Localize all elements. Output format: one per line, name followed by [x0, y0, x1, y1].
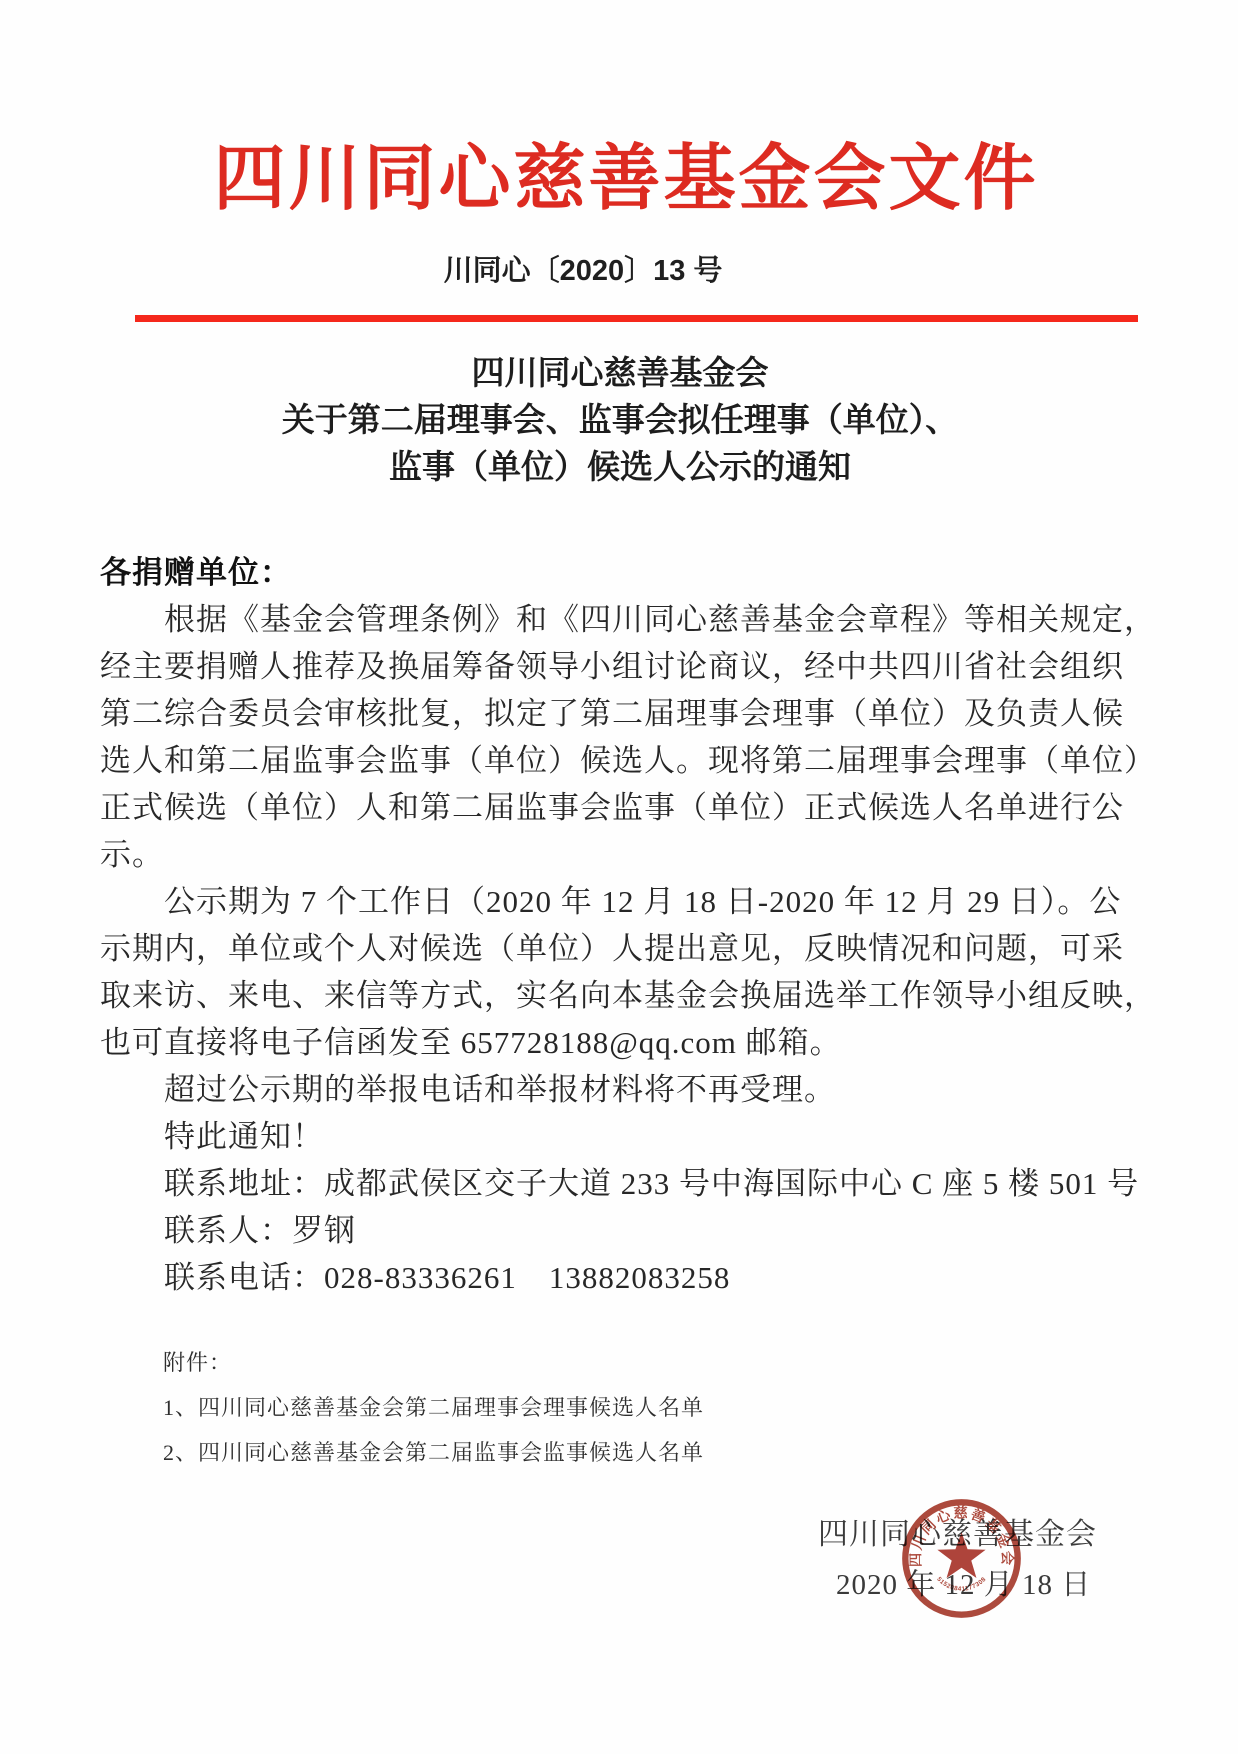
- scanned-document-page: 四川同心慈善基金会文件 川同心〔2020〕13 号 四川同心慈善基金会 关于第二…: [0, 0, 1238, 1754]
- body-line: 特此通知！: [100, 1113, 1142, 1160]
- body-line: 示期内，单位或个人对候选（单位）人提出意见，反映情况和问题，可采: [100, 925, 1142, 972]
- body-line: 超过公示期的举报电话和举报材料将不再受理。: [100, 1066, 1142, 1113]
- notice-title: 四川同心慈善基金会 关于第二届理事会、监事会拟任理事（单位）、 监事（单位）候选…: [100, 349, 1140, 490]
- notice-title-line-2: 关于第二届理事会、监事会拟任理事（单位）、: [100, 396, 1140, 443]
- red-divider-line: [135, 315, 1138, 322]
- notice-title-line-3: 监事（单位）候选人公示的通知: [100, 443, 1140, 490]
- body-line: 联系电话：028-83336261 13882083258: [100, 1254, 1142, 1301]
- body-line: 选人和第二届监事会监事（单位）候选人。现将第二届理事会理事（单位）: [100, 737, 1142, 784]
- body-line: 联系人：罗钢: [100, 1207, 1142, 1254]
- body-line: 也可直接将电子信函发至 657728188@qq.com 邮箱。: [100, 1019, 1142, 1066]
- notice-title-line-1: 四川同心慈善基金会: [100, 349, 1140, 396]
- body-line: 正式候选（单位）人和第二届监事会监事（单位）正式候选人名单进行公: [100, 784, 1142, 831]
- salutation: 各捐赠单位：: [100, 549, 1142, 596]
- official-seal: 四川同心慈善基金会 51520841177308: [898, 1495, 1025, 1622]
- notice-body: 各捐赠单位： 根据《基金会管理条例》和《四川同心慈善基金会章程》等相关规定， 经…: [100, 549, 1142, 1301]
- attachment-item: 2、四川同心慈善基金会第二届监事会监事候选人名单: [163, 1430, 863, 1475]
- attachments-label: 附件：: [163, 1340, 863, 1385]
- doc-number: 川同心〔2020〕13 号: [103, 252, 1063, 290]
- body-line: 经主要捐赠人推荐及换届筹备领导小组讨论商议，经中共四川省社会组织: [100, 643, 1142, 690]
- attachments-section: 附件： 1、四川同心慈善基金会第二届理事会理事候选人名单 2、四川同心慈善基金会…: [163, 1340, 863, 1475]
- body-line: 示。: [100, 831, 1142, 878]
- seal-code: 51520841177308: [935, 1576, 987, 1593]
- body-line: 取来访、来电、来信等方式，实名向本基金会换届选举工作领导小组反映，: [100, 972, 1142, 1019]
- seal-star: [937, 1532, 985, 1578]
- body-line: 公示期为 7 个工作日（2020 年 12 月 18 日-2020 年 12 月…: [100, 878, 1142, 925]
- body-line: 第二综合委员会审核批复，拟定了第二届理事会理事（单位）及负责人候: [100, 690, 1142, 737]
- attachment-item: 1、四川同心慈善基金会第二届理事会理事候选人名单: [163, 1385, 863, 1430]
- letterhead-title: 四川同心慈善基金会文件: [146, 132, 1106, 227]
- svg-text:51520841177308: 51520841177308: [935, 1576, 987, 1593]
- body-line: 联系地址：成都武侯区交子大道 233 号中海国际中心 C 座 5 楼 501 号: [100, 1160, 1142, 1207]
- body-line: 根据《基金会管理条例》和《四川同心慈善基金会章程》等相关规定，: [100, 596, 1142, 643]
